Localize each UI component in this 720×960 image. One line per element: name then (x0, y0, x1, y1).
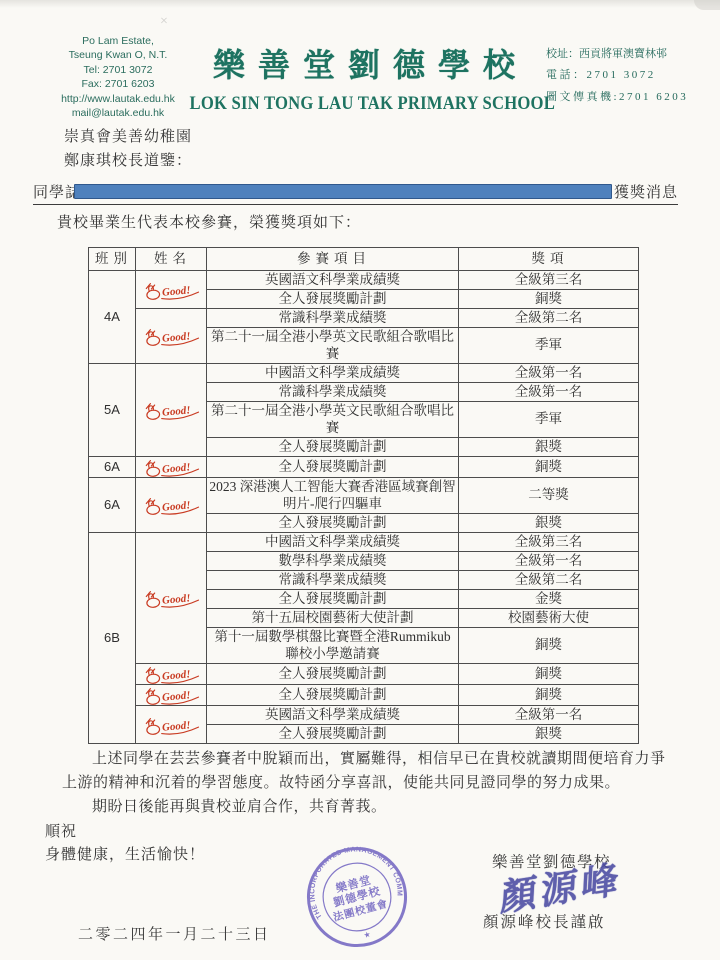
award-cell: 全級第三名 (459, 533, 639, 552)
award-cell: 二等獎 (459, 478, 639, 514)
award-cell: 銅獎 (459, 628, 639, 664)
contact-block-chinese: 校址：西貢將軍澳寶林邨 電話：2701 3072 圖文傳真機:2701 6203 (546, 44, 714, 108)
student-name-cell (136, 364, 207, 457)
award-cell: 全級第一名 (459, 364, 639, 383)
award-cell: 校園藝術大使 (459, 609, 639, 628)
col-header-event: 參賽項目 (207, 248, 459, 271)
event-cell: 全人發展獎勵計劃 (207, 725, 459, 744)
award-cell: 銅獎 (459, 457, 639, 478)
award-cell: 銅獎 (459, 290, 639, 309)
good-stamp-icon (141, 712, 201, 737)
table-row: 6A 全人發展獎勵計劃 銅獎 (89, 457, 639, 478)
event-cell: 常識科學業成績獎 (207, 383, 459, 402)
student-name-cell (136, 457, 207, 478)
school-committee-seal: THE INCORPORATED MANAGEMENT COMMITTEE OF… (293, 833, 420, 960)
table-row: 6B 中國語文科學業成績獎 全級第三名 (89, 533, 639, 552)
event-cell: 第十五屆校園藝術大使計劃 (207, 609, 459, 628)
contact-line: Po Lam Estate, (48, 34, 188, 48)
subject-line: 同學 誌 獲獎消息 (33, 181, 678, 205)
school-title-block: 樂善堂劉德學校 LOK SIN TONG LAU TAK PRIMARY SCH… (186, 40, 542, 112)
scan-artifact: × (160, 14, 168, 30)
event-cell: 全人發展獎勵計劃 (207, 590, 459, 609)
event-cell: 英國語文科學業成績獎 (207, 706, 459, 725)
subject-clipped-char: 誌 (65, 181, 74, 202)
event-cell: 常識科學業成績獎 (207, 309, 459, 328)
school-name-english: LOK SIN TONG LAU TAK PRIMARY SCHOOL (190, 92, 539, 114)
contact-block-english: Po Lam Estate, Tseung Kwan O, N.T. Tel: … (48, 34, 188, 121)
award-cell: 季軍 (459, 402, 639, 438)
event-cell: 第二十一屆全港小學英文民歌組合歌唱比賽 (207, 402, 459, 438)
event-cell: 全人發展獎勵計劃 (207, 290, 459, 309)
well-wish: 身體健康，生活愉快！ (45, 843, 205, 864)
good-stamp-icon (141, 277, 201, 302)
award-cell: 銅獎 (459, 685, 639, 706)
class-cell: 5A (89, 364, 136, 457)
table-row: 4A 英國語文科學業成績獎 全級第三名 (89, 271, 639, 290)
table-row: 6A 2023 深港澳人工智能大賽香港區域賽創智明片-爬行四驅車 二等獎 (89, 478, 639, 514)
student-name-cell (136, 309, 207, 364)
contact-line: 圖文傳真機:2701 6203 (546, 87, 714, 108)
letter-date: 二零二四年一月二十三日 (78, 923, 271, 944)
student-name-cell (136, 533, 207, 664)
event-cell: 2023 深港澳人工智能大賽香港區域賽創智明片-爬行四驅車 (207, 478, 459, 514)
contact-line: Fax: 2701 6203 (48, 77, 188, 91)
table-row: 英國語文科學業成績獎 全級第一名 (89, 706, 639, 725)
event-cell: 數學科學業成績獎 (207, 552, 459, 571)
awards-table: 班別 姓名 參賽項目 獎項 4A 英國語文科學業成績獎 全級第三名 全人發展獎勵… (88, 247, 639, 744)
class-cell: 6A (89, 457, 136, 478)
event-cell: 全人發展獎勵計劃 (207, 438, 459, 457)
intro-line: 貴校畢業生代表本校參賽，榮獲獎項如下： (57, 211, 361, 232)
award-cell: 銀獎 (459, 438, 639, 457)
award-cell: 金獎 (459, 590, 639, 609)
salutation: 鄭康琪校長道鑒： (64, 149, 192, 170)
closing-paragraph-2: 期盼日後能再與貴校並肩合作，共育菁莪。 (62, 795, 387, 816)
table-row: 全人發展獎勵計劃 銅獎 (89, 685, 639, 706)
good-stamp-icon (141, 324, 201, 349)
contact-line: 電話：2701 3072 (546, 65, 714, 86)
award-cell: 季軍 (459, 328, 639, 364)
table-row: 全人發展獎勵計劃 銅獎 (89, 664, 639, 685)
signoff-principal-line: 顏源峰校長謹啟 (483, 910, 606, 932)
award-cell: 全級第三名 (459, 271, 639, 290)
table-header-row: 班別 姓名 參賽項目 獎項 (89, 248, 639, 271)
recipient-school: 崇真會美善幼稚園 (64, 125, 192, 146)
award-cell: 全級第一名 (459, 383, 639, 402)
student-name-cell (136, 685, 207, 706)
event-cell: 全人發展獎勵計劃 (207, 685, 459, 706)
contact-line: Tel: 2701 3072 (48, 63, 188, 77)
col-header-award: 獎項 (459, 248, 639, 271)
scan-artifact (694, 0, 720, 10)
class-cell: 4A (89, 271, 136, 364)
good-stamp-icon (141, 398, 201, 423)
class-cell: 6A (89, 478, 136, 533)
good-stamp-icon (141, 683, 201, 708)
redaction-bar (74, 184, 612, 199)
event-cell: 全人發展獎勵計劃 (207, 514, 459, 533)
contact-line: 校址：西貢將軍澳寶林邨 (546, 44, 714, 65)
contact-line: Tseung Kwan O, N.T. (48, 48, 188, 62)
event-cell: 第二十一屆全港小學英文民歌組合歌唱比賽 (207, 328, 459, 364)
award-cell: 銀獎 (459, 514, 639, 533)
event-cell: 常識科學業成績獎 (207, 571, 459, 590)
well-wish-prefix: 順祝 (45, 820, 77, 841)
seal-star-icon: ★ (363, 930, 372, 941)
event-cell: 中國語文科學業成績獎 (207, 364, 459, 383)
table-row: 常識科學業成績獎 全級第二名 (89, 309, 639, 328)
award-cell: 全級第二名 (459, 309, 639, 328)
good-stamp-icon (141, 455, 201, 480)
award-cell: 銀獎 (459, 725, 639, 744)
award-cell: 全級第二名 (459, 571, 639, 590)
event-cell: 全人發展獎勵計劃 (207, 457, 459, 478)
subject-prefix: 同學 (33, 181, 65, 202)
event-cell: 第十一屆數學棋盤比賽暨全港Rummikub 聯校小學邀請賽 (207, 628, 459, 664)
good-stamp-icon (141, 586, 201, 611)
student-name-cell (136, 706, 207, 744)
scanned-letter-page: Good! × Po Lam Estate, Tseung Kwan O, N.… (0, 0, 720, 960)
class-cell: 6B (89, 533, 136, 744)
event-cell: 全人發展獎勵計劃 (207, 664, 459, 685)
col-header-name: 姓名 (136, 248, 207, 271)
closing-line: 上述同學在芸芸參賽者中脫穎而出，實屬難得，相信早已在貴校就讀期間便培育力爭 (62, 748, 678, 772)
student-name-cell (136, 478, 207, 533)
good-stamp-icon (141, 493, 201, 518)
school-name-chinese: 樂善堂劉德學校 (186, 40, 542, 86)
contact-line: mail@lautak.edu.hk (48, 106, 188, 120)
award-cell: 全級第一名 (459, 706, 639, 725)
event-cell: 英國語文科學業成績獎 (207, 271, 459, 290)
award-cell: 全級第一名 (459, 552, 639, 571)
student-name-cell (136, 271, 207, 309)
subject-suffix: 獲獎消息 (614, 181, 678, 202)
contact-line: http://www.lautak.edu.hk (48, 92, 188, 106)
col-header-class: 班別 (89, 248, 136, 271)
student-name-cell (136, 664, 207, 685)
award-cell: 銅獎 (459, 664, 639, 685)
table-row: 5A 中國語文科學業成績獎 全級第一名 (89, 364, 639, 383)
closing-line: 上游的精神和沉着的學習態度。故特函分享喜訊，使能共同見證同學的努力成果。 (62, 772, 678, 796)
closing-paragraph: 上述同學在芸芸參賽者中脫穎而出，實屬難得，相信早已在貴校就讀期間便培育力爭 上游… (62, 748, 678, 795)
event-cell: 中國語文科學業成績獎 (207, 533, 459, 552)
